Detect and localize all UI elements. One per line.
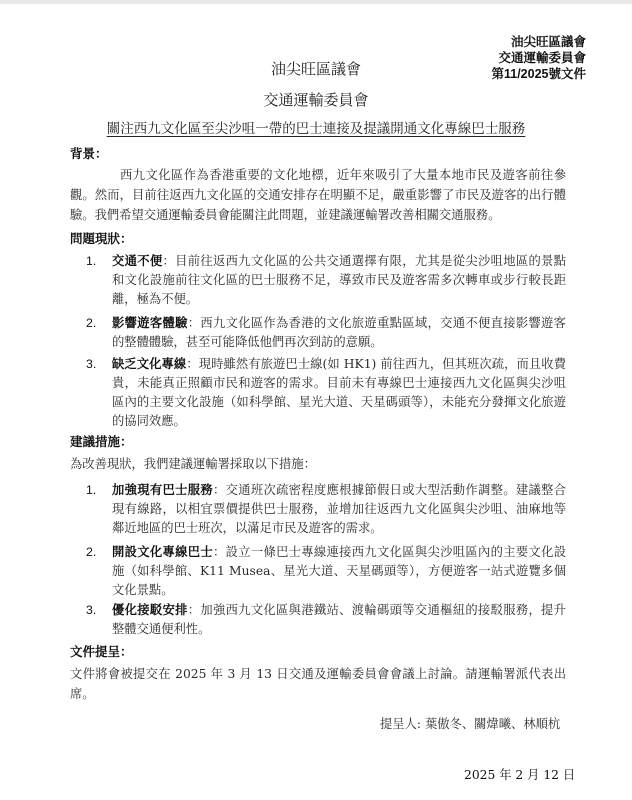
background-paragraph: 西九文化區作為香港重要的文化地標，近年來吸引了大量本地市民及遊客前往參觀。然而，… [70, 165, 566, 225]
issue-label: 交通不便 [112, 254, 162, 268]
proposal-item-2: 2. 開設文化專線巴士：設立一條巴士專線連接西九文化區與尖沙咀區內的主要文化設施… [86, 543, 566, 600]
issue-item-3: 3. 缺乏文化專線：現時雖然有旅遊巴士線(如 HK1) 前往西九，但其班次疏，而… [86, 355, 566, 431]
background-heading: 背景： [70, 144, 108, 162]
submission-paragraph: 文件將會被提交在 2025 年 3 月 13 日交通及運輸委員會會議上討論。請運… [70, 664, 566, 704]
proposal-label: 開設文化專線巴士 [112, 545, 213, 559]
document-page: 油尖旺區議會 交通運輸委員會 第11/2025號文件 油尖旺區議會 交通運輸委員… [0, 0, 632, 800]
subject-text: 關注西九文化區至尖沙咀一帶的巴士連接及提議開通文化專線巴士服務 [107, 121, 526, 137]
issues-heading: 問題現狀： [70, 229, 133, 247]
proposals-heading: 建議措施： [70, 432, 133, 450]
reference-council: 油尖旺區議會 [492, 34, 587, 50]
issue-label: 缺乏文化專線 [112, 357, 186, 371]
list-number: 2. [86, 543, 96, 562]
document-date: 2025 年 2 月 12 日 [464, 765, 575, 783]
council-title: 油尖旺區議會 [0, 58, 632, 79]
list-number: 1. [86, 252, 96, 271]
submitted-by: 提呈人: 葉傲冬、關煒曦、林順杭 [380, 714, 560, 732]
proposal-label: 加強現有巴士服務 [112, 483, 213, 497]
list-number: 3. [86, 355, 96, 374]
issue-item-2: 2. 影響遊客體驗：西九文化區作為香港的文化旅遊重點區域，交通不便直接影響遊客的… [86, 314, 566, 352]
list-number: 1. [86, 481, 96, 500]
proposals-intro: 為改善現狀，我們建議運輸署採取以下措施： [70, 454, 566, 474]
proposal-label: 優化接駁安排 [112, 603, 188, 617]
issue-text: ：目前往返西九文化區的公共交通選擇有限，尤其是從尖沙咀地區的景點和文化設施前往文… [112, 254, 566, 306]
document-subject: 關注西九文化區至尖沙咀一帶的巴士連接及提議開通文化專線巴士服務 [0, 117, 632, 137]
committee-title: 交通運輸委員會 [0, 89, 632, 110]
list-number: 3. [86, 601, 96, 620]
issue-item-1: 1. 交通不便：目前往返西九文化區的公共交通選擇有限，尤其是從尖沙咀地區的景點和… [86, 252, 566, 309]
list-number: 2. [86, 314, 96, 333]
issue-label: 影響遊客體驗 [112, 316, 188, 330]
submission-heading: 文件提呈： [70, 642, 133, 660]
proposal-item-3: 3. 優化接駁安排：加強西九文化區與港鐵站、渡輪碼頭等交通樞紐的接駁服務，提升整… [86, 601, 566, 639]
proposal-item-1: 1. 加強現有巴士服務：交通班次疏密程度應根據節假日或大型活動作調整。建議整合現… [86, 481, 566, 538]
